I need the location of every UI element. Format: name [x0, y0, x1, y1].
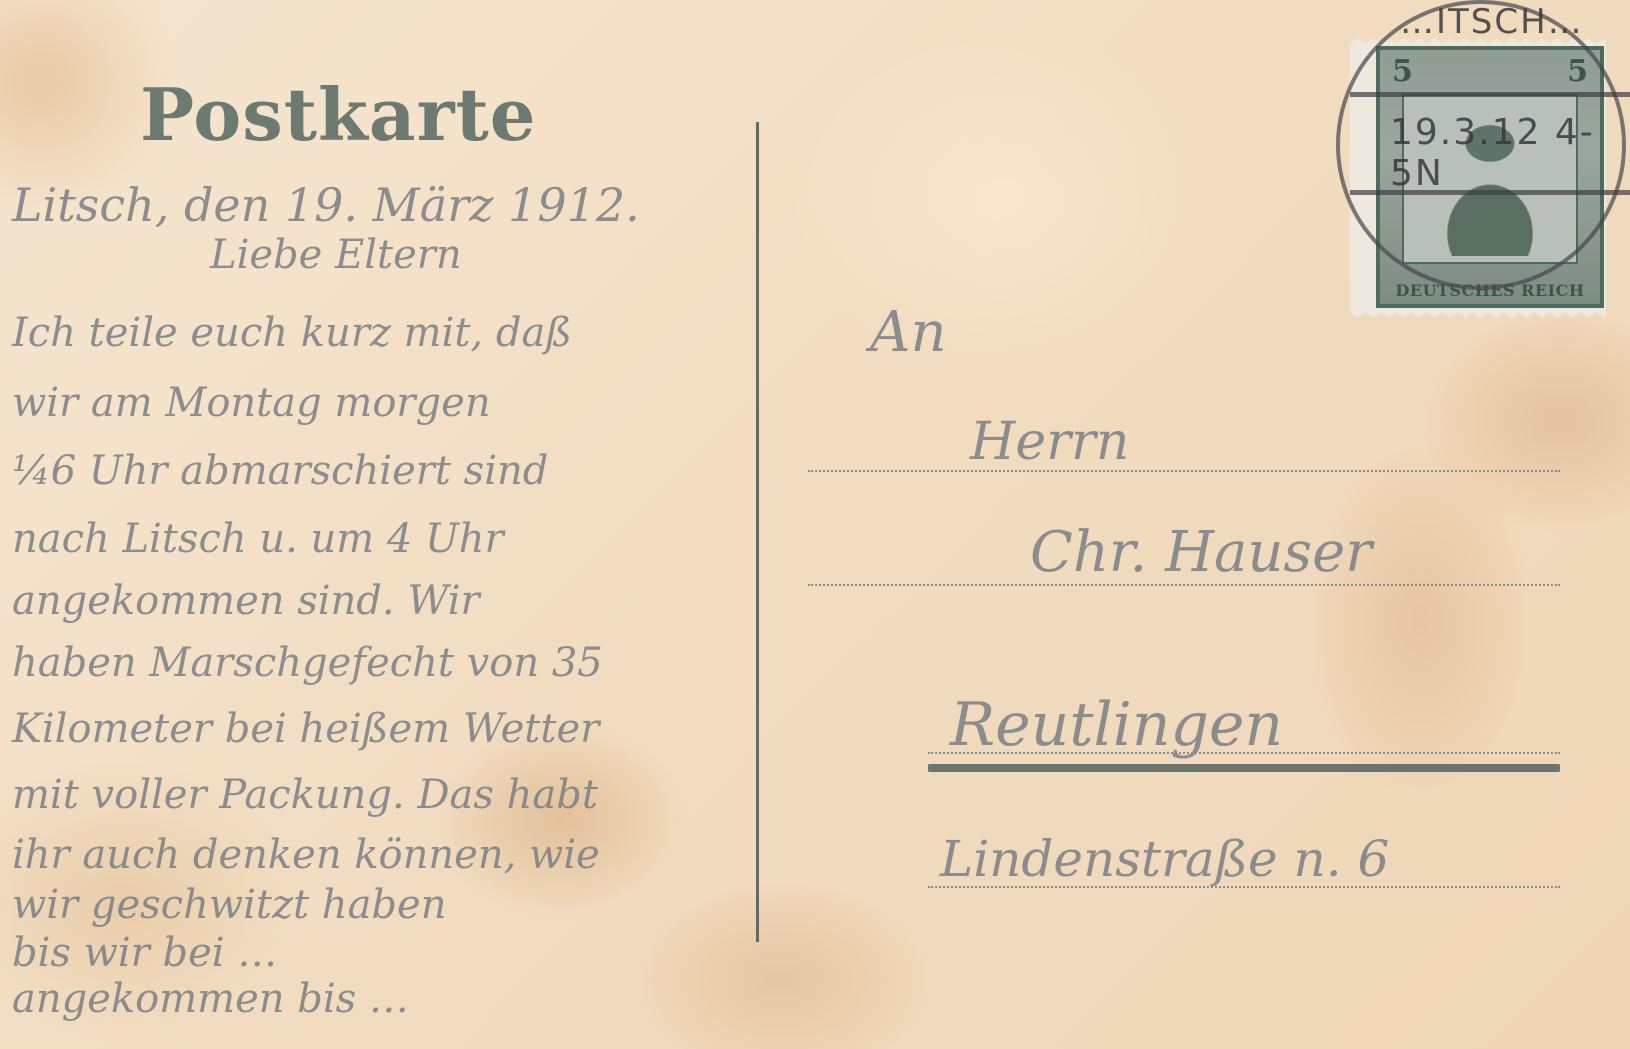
- message-line: bis wir bei …: [12, 930, 277, 976]
- address-dotted-line: [808, 584, 1560, 586]
- address-dotted-line: [808, 470, 1560, 472]
- message-line: wir am Montag morgen: [12, 380, 491, 426]
- message-line: Ich teile euch kurz mit, daß: [12, 310, 572, 356]
- city-underline: [928, 764, 1560, 772]
- message-line: Kilometer bei heißem Wetter: [12, 706, 599, 752]
- address-prefix: An: [870, 300, 947, 365]
- address-line-recipient-title: Herrn: [970, 412, 1129, 472]
- postmark-date: 19.3.12 4-5N: [1390, 112, 1630, 194]
- message-line: nach Litsch u. um 4 Uhr: [12, 516, 504, 562]
- postmark-town: …ITSCH…: [1400, 2, 1584, 42]
- message-line: mit voller Packung. Das habt: [12, 772, 598, 818]
- message-line: ihr auch denken können, wie: [12, 832, 600, 878]
- postcard-back: Postkarte Litsch, den 19. März 1912. Lie…: [0, 0, 1630, 1049]
- message-line: Litsch, den 19. März 1912.: [12, 178, 640, 232]
- address-line-street: Lindenstraße n. 6: [940, 830, 1389, 888]
- message-line: angekommen sind. Wir: [12, 578, 480, 624]
- postcard-title: Postkarte: [140, 72, 537, 157]
- message-line: Liebe Eltern: [210, 232, 462, 278]
- address-line-recipient-name: Chr. Hauser: [1030, 520, 1372, 585]
- address-dotted-line: [928, 752, 1560, 754]
- message-line: angekommen bis …: [12, 976, 409, 1022]
- message-line: ¼6 Uhr abmarschiert sind: [12, 448, 548, 494]
- message-line: haben Marschgefecht von 35: [12, 640, 603, 686]
- center-divider-line: [756, 122, 759, 942]
- address-line-city: Reutlingen: [950, 690, 1283, 760]
- message-line: wir geschwitzt haben: [12, 882, 446, 928]
- postmark-bar: [1350, 92, 1630, 97]
- address-dotted-line: [928, 886, 1560, 888]
